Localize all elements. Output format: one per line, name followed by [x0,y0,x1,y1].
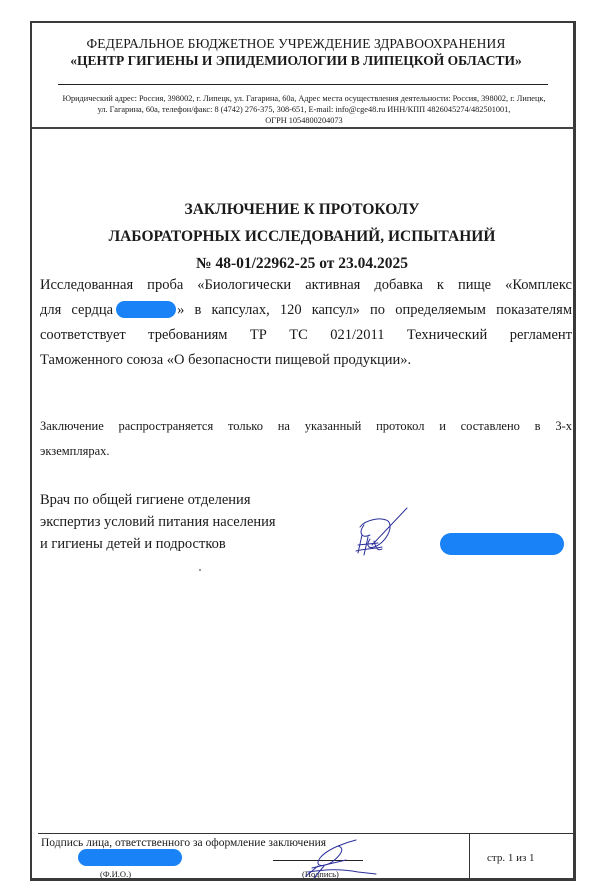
doctor-name-redaction [440,533,564,555]
protocol-number: № 48-01/22962-25 от 23.04.2025 [0,255,592,273]
signatory-position: Врач по общей гигиене отделения эксперти… [40,489,276,555]
conclusion-line-1: Исследованная проба «Биологически активн… [40,273,572,298]
signatory-line-2: экспертиз условий питания населения [40,511,276,533]
conclusion-line-3: соответствует требованиям ТР ТС 021/2011… [40,323,572,348]
address-line-1: Юридический адрес: Россия, 398002, г. Ли… [34,93,574,104]
conclusion-paragraph: Исследованная проба «Биологически активн… [40,273,572,373]
product-name-redaction [116,301,176,318]
document-title-line2: ЛАБОРАТОРНЫХ ИССЛЕДОВАНИЙ, ИСПЫТАНИЙ [0,228,592,246]
doctor-signature-icon [352,505,412,560]
scan-speck [199,569,201,571]
org-name-line1: ФЕДЕРАЛЬНОЕ БЮДЖЕТНОЕ УЧРЕЖДЕНИЕ ЗДРАВОО… [0,36,592,52]
conclusion-line-4: Таможенного союза «О безопасности пищево… [40,348,572,373]
scope-line-1: Заключение распространяется только на ук… [40,415,572,440]
responsible-signature-icon [298,838,378,880]
address-line-3: ОГРН 1054800204073 [34,115,574,126]
address-divider [32,127,575,129]
scope-line-2: экземплярах. [40,440,572,465]
conclusion-line-2-end: » в капсулах, 120 капсул» по определяемы… [177,302,572,318]
org-name-line2: «ЦЕНТР ГИГИЕНЫ И ЭПИДЕМИОЛОГИИ В ЛИПЕЦКО… [0,53,592,69]
signatory-line-3: и гигиены детей и подростков [40,533,276,555]
responsible-name-redaction [78,849,182,866]
org-address: Юридический адрес: Россия, 398002, г. Ли… [34,93,574,126]
signatory-line-1: Врач по общей гигиене отделения [40,489,276,511]
address-line-2: ул. Гагарина, 60а, телефон/факс: 8 (4742… [34,104,574,115]
footer-table-top-border [38,833,575,834]
document-title-line1: ЗАКЛЮЧЕНИЕ К ПРОТОКОЛУ [0,201,592,219]
page-number: стр. 1 из 1 [487,852,535,864]
conclusion-line-2: для сердца» в капсулах, 120 капсул» по о… [40,298,572,323]
conclusion-line-2-start: для сердца [40,302,113,318]
footer-table-divider [469,833,470,881]
scope-paragraph: Заключение распространяется только на ук… [40,415,572,465]
header-divider [58,84,548,85]
responsible-signature-label: Подпись лица, ответственного за оформлен… [41,837,326,849]
fio-caption: (Ф.И.О.) [100,869,131,879]
